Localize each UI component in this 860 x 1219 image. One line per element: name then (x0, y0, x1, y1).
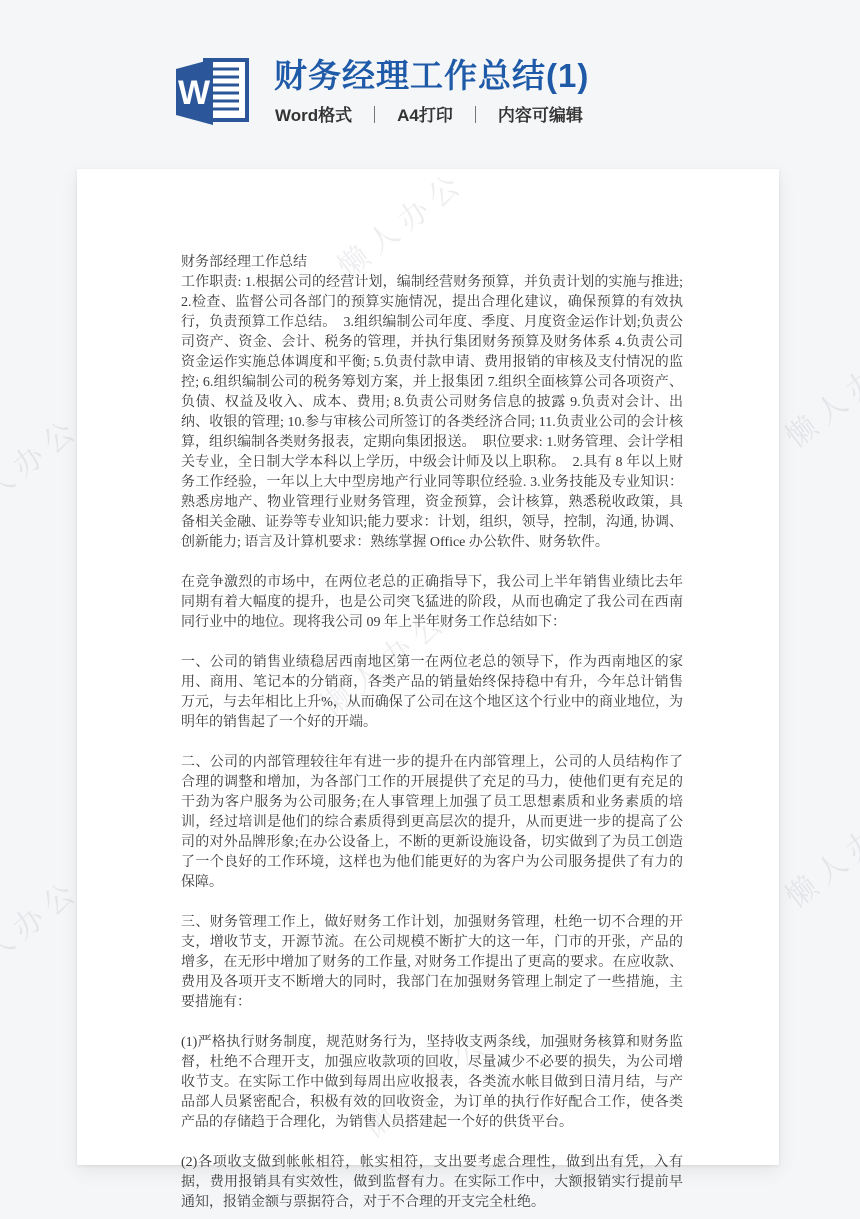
svg-text:W: W (178, 74, 211, 112)
badge-word-format: Word格式 (275, 106, 352, 125)
doc-paragraph: (2)各项收支做到帐帐相符，帐实相符，支出要考虑合理性，做到出有凭，入有据，费用… (181, 1153, 683, 1213)
watermark-text: 懒人办公 (775, 788, 860, 916)
badge-editable: 内容可编辑 (498, 106, 583, 125)
separator: ｜ (366, 106, 383, 125)
doc-paragraph: (1)严格执行财务制度，规范财务行为，坚持收支两条线，加强财务核算和财务监督，杜… (181, 1033, 683, 1133)
format-badges: Word格式｜A4打印｜内容可编辑 (275, 101, 583, 126)
doc-paragraph: 二、公司的内部管理较往年有进一步的提升在内部管理上，公司的人员结构作了合理的调整… (181, 753, 683, 893)
doc-paragraph: 工作职责: 1.根据公司的经营计划，编制经营财务预算，并负责计划的实施与推进; … (181, 273, 683, 553)
screen: 懒人办公 懒人办公 懒人办公 懒人办公 懒人办公 懒人办公 懒人办公 W 财务经… (0, 0, 860, 1219)
word-icon: W (168, 56, 252, 128)
doc-paragraph: 三、财务管理工作上，做好财务工作计划，加强财务管理，杜绝一切不合理的开支，增收节… (181, 913, 683, 1013)
document-text: 财务部经理工作总结 工作职责: 1.根据公司的经营计划，编制经营财务预算，并负责… (181, 253, 683, 1213)
document-preview-page: 财务部经理工作总结 工作职责: 1.根据公司的经营计划，编制经营财务预算，并负责… (77, 169, 779, 1165)
watermark-text: 懒人办公 (0, 866, 88, 994)
doc-paragraph: 在竞争激烈的市场中，在两位老总的正确指导下，我公司上半年销售业绩比去年同期有着大… (181, 573, 683, 633)
watermark-text: 懒人办公 (775, 328, 860, 456)
badge-a4-print: A4打印 (397, 106, 453, 125)
doc-paragraph: 财务部经理工作总结 (181, 253, 683, 273)
separator: ｜ (467, 106, 484, 125)
doc-paragraph: 一、公司的销售业绩稳居西南地区第一在两位老总的领导下，作为西南地区的家用、商用、… (181, 653, 683, 733)
watermark-text: 懒人办公 (0, 404, 88, 532)
page-title: 财务经理工作总结(1) (274, 50, 589, 97)
